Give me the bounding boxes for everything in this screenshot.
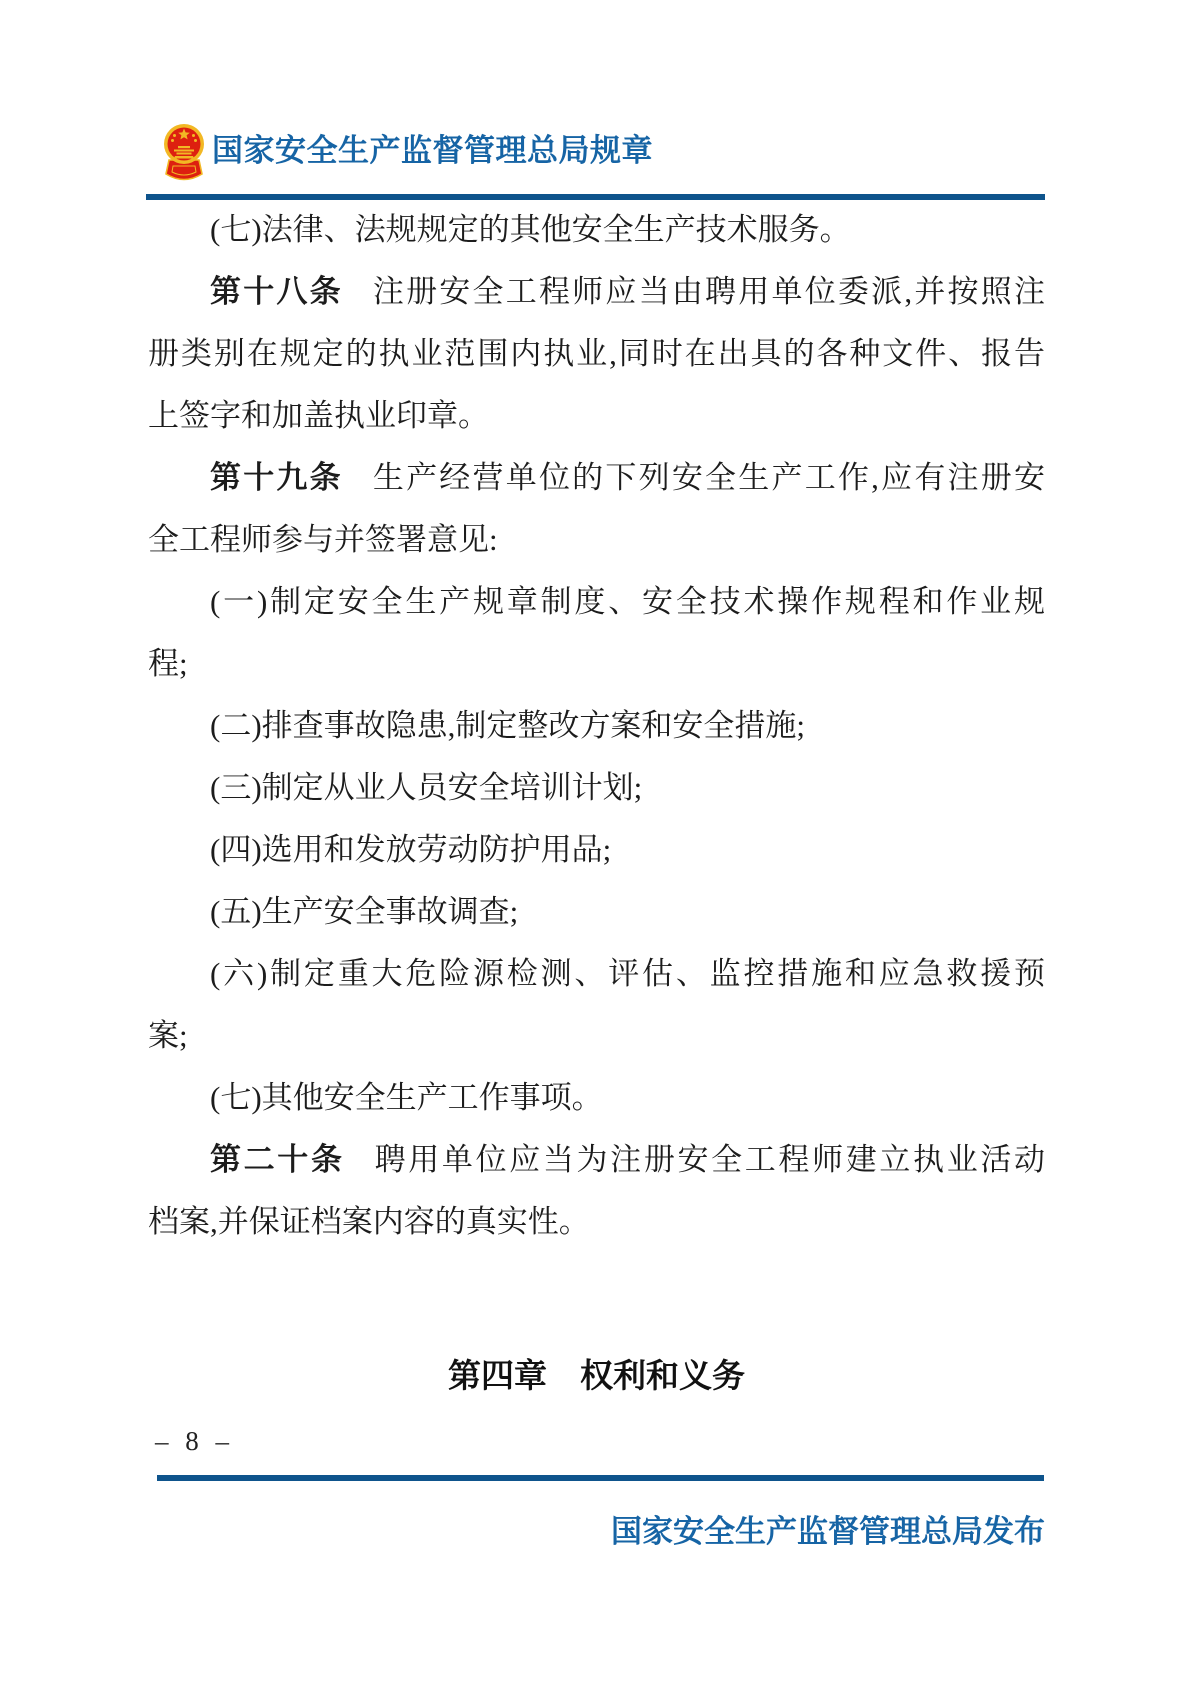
- body-line: (六)制定重大危险源检测、评估、监控措施和应急救援预: [148, 943, 1045, 1005]
- line-text: 档案,并保证档案内容的真实性。: [148, 1204, 590, 1239]
- body-line: (三)制定从业人员安全培训计划;: [148, 757, 1045, 819]
- body-line: (四)选用和发放劳动防护用品;: [148, 819, 1045, 881]
- body-line: (五)生产安全事故调查;: [148, 881, 1045, 943]
- body-line: 档案,并保证档案内容的真实性。: [148, 1191, 1045, 1253]
- line-text: (五)生产安全事故调查;: [210, 894, 518, 929]
- body-line: 册类别在规定的执业范围内执业,同时在出具的各种文件、报告: [148, 323, 1045, 385]
- body-line: 案;: [148, 1005, 1045, 1067]
- national-emblem-icon: [161, 122, 207, 184]
- footer-divider: [157, 1475, 1044, 1481]
- body-line-article-18: 第十八条注册安全工程师应当由聘用单位委派,并按照注: [148, 261, 1045, 323]
- body-line-article-19: 第十九条生产经营单位的下列安全生产工作,应有注册安: [148, 447, 1045, 509]
- page-number: – 8 –: [155, 1426, 234, 1457]
- document-series-title: 国家安全生产监督管理总局规章: [212, 132, 653, 170]
- article-number: 第十九条: [210, 460, 343, 495]
- line-text: 注册安全工程师应当由聘用单位委派,并按照注: [373, 274, 1045, 309]
- line-text: 生产经营单位的下列安全生产工作,应有注册安: [373, 460, 1045, 495]
- line-text: 上签字和加盖执业印章。: [148, 398, 489, 433]
- line-text: 聘用单位应当为注册安全工程师建立执业活动: [375, 1142, 1045, 1177]
- body-line: (七)法律、法规规定的其他安全生产技术服务。: [148, 199, 1045, 261]
- line-text: 册类别在规定的执业范围内执业,同时在出具的各种文件、报告: [148, 336, 1045, 371]
- body-line: 全工程师参与并签署意见:: [148, 509, 1045, 571]
- line-text: 全工程师参与并签署意见:: [148, 522, 498, 557]
- publisher-label: 国家安全生产监督管理总局发布: [148, 1506, 1045, 1551]
- chapter-heading: 第四章 权利和义务: [148, 1350, 1045, 1397]
- line-text: (七)其他安全生产工作事项。: [210, 1080, 603, 1115]
- line-text: (一)制定安全生产规章制度、安全技术操作规程和作业规: [210, 584, 1045, 619]
- document-page: 国家安全生产监督管理总局规章 (七)法律、法规规定的其他安全生产技术服务。 第十…: [0, 0, 1190, 1683]
- body-line: 上签字和加盖执业印章。: [148, 385, 1045, 447]
- line-text: (二)排查事故隐患,制定整改方案和安全措施;: [210, 708, 805, 743]
- line-text: 案;: [148, 1018, 188, 1053]
- line-text: (七)法律、法规规定的其他安全生产技术服务。: [210, 212, 851, 247]
- body-line: (一)制定安全生产规章制度、安全技术操作规程和作业规: [148, 571, 1045, 633]
- article-number: 第二十条: [210, 1142, 345, 1177]
- line-text: (六)制定重大危险源检测、评估、监控措施和应急救援预: [210, 956, 1045, 991]
- article-number: 第十八条: [210, 274, 343, 309]
- line-text: (四)选用和发放劳动防护用品;: [210, 832, 611, 867]
- body-line-article-20: 第二十条聘用单位应当为注册安全工程师建立执业活动: [148, 1129, 1045, 1191]
- line-text: 程;: [148, 646, 188, 681]
- body-line: (七)其他安全生产工作事项。: [148, 1067, 1045, 1129]
- body-line: 程;: [148, 633, 1045, 695]
- document-body: (七)法律、法规规定的其他安全生产技术服务。 第十八条注册安全工程师应当由聘用单…: [148, 199, 1045, 1253]
- line-text: (三)制定从业人员安全培训计划;: [210, 770, 642, 805]
- body-line: (二)排查事故隐患,制定整改方案和安全措施;: [148, 695, 1045, 757]
